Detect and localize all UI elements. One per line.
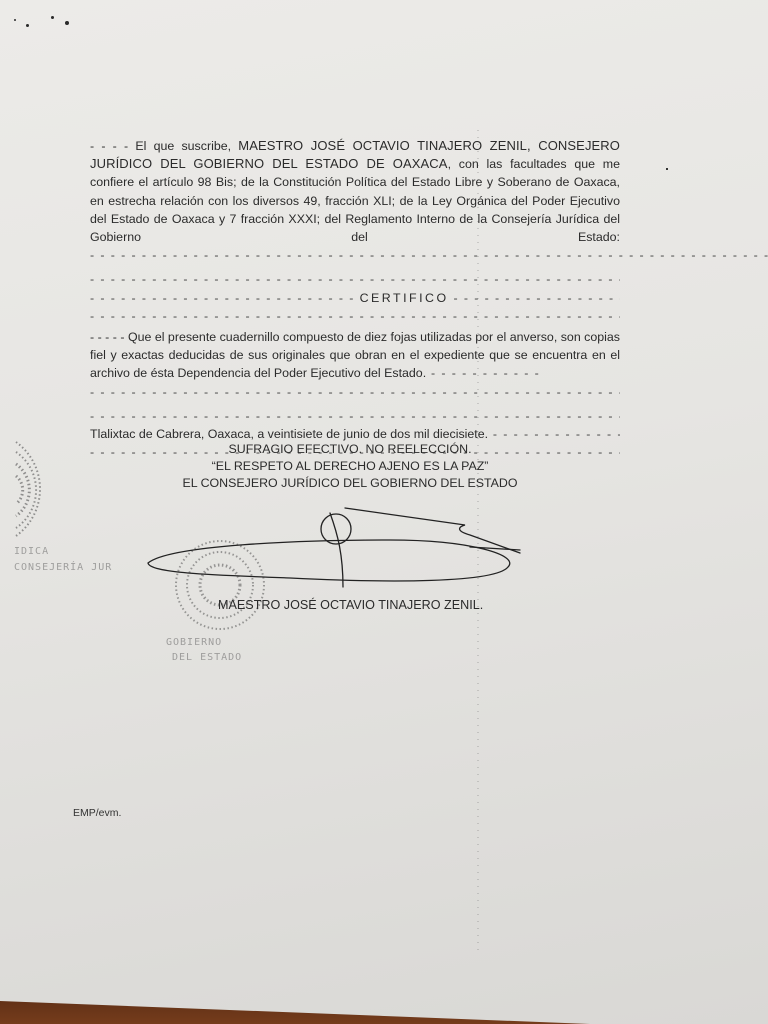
closing-motto: SUFRAGIO EFECTIVO. NO REELECCIÓN. bbox=[160, 441, 540, 458]
certification-paragraph: - - - - - Que el presente cuadernillo co… bbox=[90, 328, 620, 383]
closing-quote: “EL RESPETO AL DERECHO AJENO ES LA PAZ” bbox=[160, 458, 540, 475]
certifico-heading-line: - - - - - - - - - - - - - - - - - - - - … bbox=[90, 289, 620, 307]
signer-name: MAESTRO JOSÉ OCTAVIO TINAJERO ZENIL. bbox=[218, 598, 483, 612]
typist-initials: EMP/evm. bbox=[73, 807, 121, 819]
closing-title: EL CONSEJERO JURÍDICO DEL GOBIERNO DEL E… bbox=[160, 475, 540, 492]
intro-paragraph: - - - - El que suscribe, MAESTRO JOSÉ OC… bbox=[90, 137, 620, 264]
closing-block: SUFRAGIO EFECTIVO. NO REELECCIÓN. “EL RE… bbox=[160, 441, 540, 492]
certifico-heading: CERTIFICO bbox=[360, 291, 449, 305]
dash-line: - - - - - - - - - - - - - - - - - - - - … bbox=[90, 270, 620, 288]
seal-left-text: IDICA bbox=[14, 546, 49, 557]
seal-center-text: GOBIERNO bbox=[166, 637, 222, 648]
place-date: Tlalixtac de Cabrera, Oaxaca, a veintisi… bbox=[90, 427, 488, 441]
ink-dot bbox=[666, 168, 668, 170]
dash-line: - - - - - - - - - - - - - - - - - - - - … bbox=[90, 383, 620, 401]
handwritten-signature bbox=[140, 505, 540, 605]
document-page: - - - - El que suscribe, MAESTRO JOSÉ OC… bbox=[0, 0, 768, 1024]
certificate-body: - - - - El que suscribe, MAESTRO JOSÉ OC… bbox=[90, 137, 620, 461]
dash-line: - - - - - - - - - - - - - - - - - - - - … bbox=[90, 407, 620, 425]
dash-line: - - - - - - - - - - - - - - - - - - - - … bbox=[90, 307, 620, 325]
